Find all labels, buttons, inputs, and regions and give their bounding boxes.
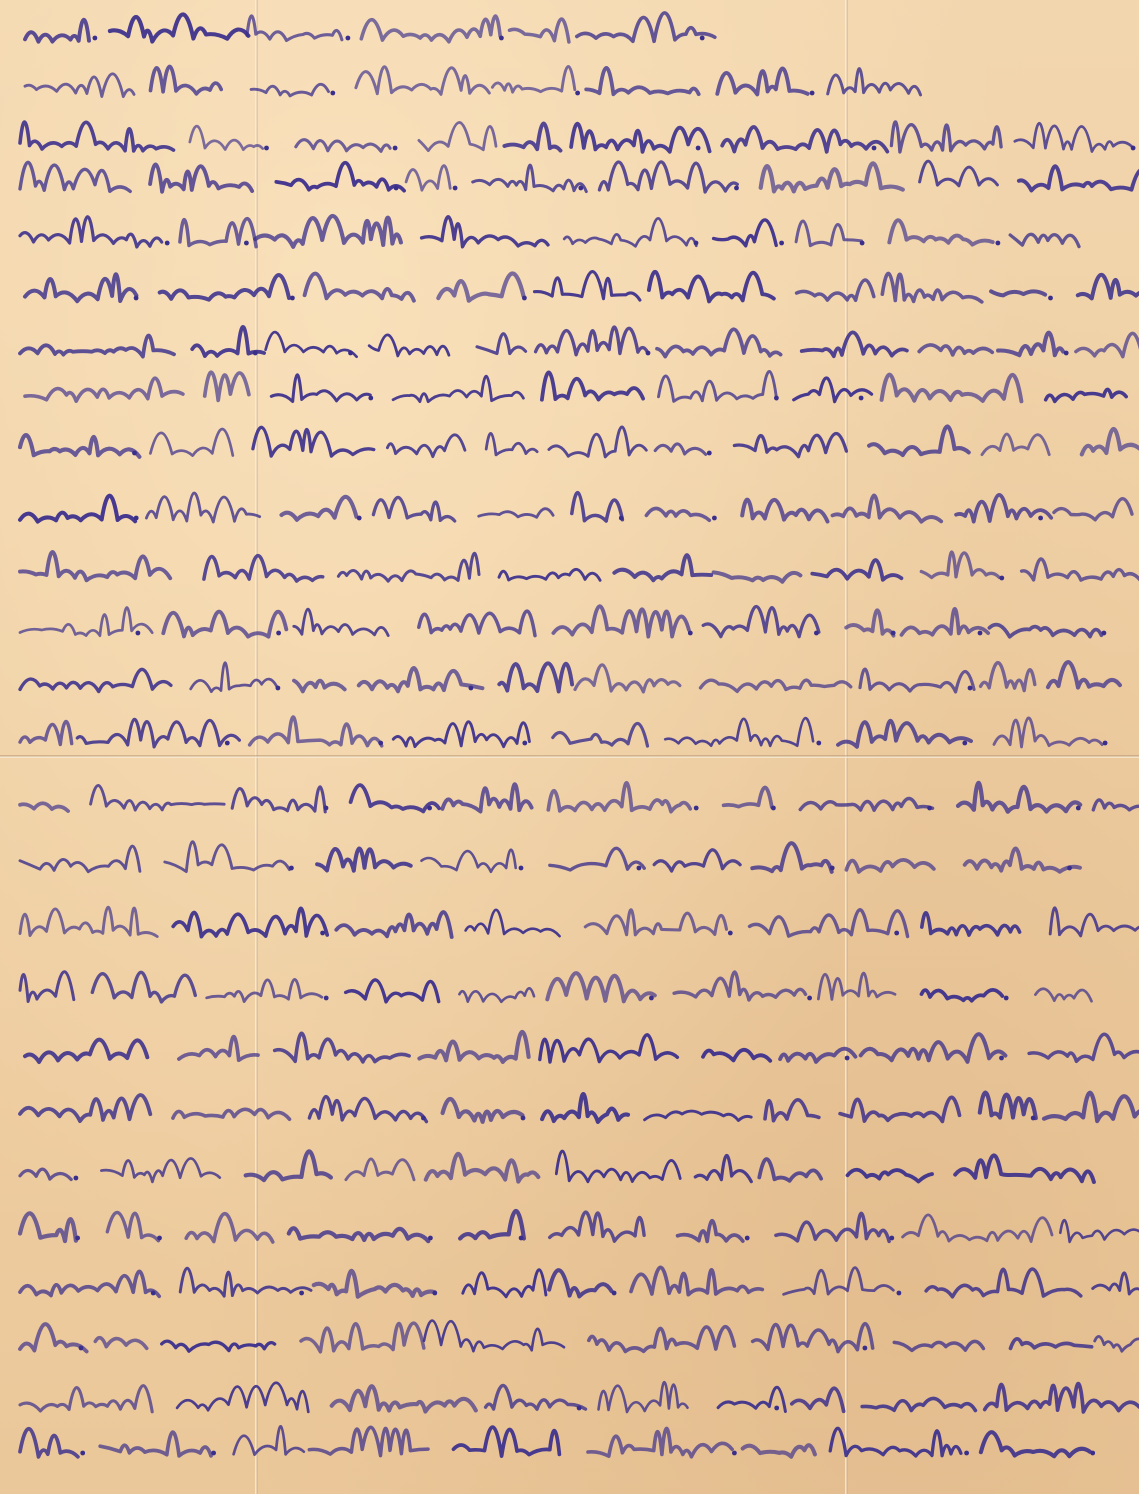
handwritten-line bbox=[20, 1426, 1095, 1457]
handwritten-line bbox=[25, 1032, 1139, 1062]
handwritten-line bbox=[20, 972, 1092, 1002]
handwritten-line bbox=[20, 552, 1139, 582]
handwritten-line bbox=[25, 371, 1126, 401]
handwritten-line bbox=[20, 426, 1139, 456]
handwritten-line bbox=[20, 216, 1079, 247]
handwriting-ink bbox=[0, 0, 1139, 1494]
handwritten-line bbox=[20, 783, 1139, 812]
handwritten-line bbox=[25, 66, 921, 96]
handwritten-line bbox=[20, 907, 1139, 937]
handwritten-line bbox=[25, 13, 715, 42]
handwritten-line bbox=[20, 606, 1106, 637]
handwritten-line bbox=[20, 717, 1108, 747]
handwritten-line bbox=[20, 1382, 1139, 1412]
handwritten-line bbox=[20, 1093, 1139, 1122]
handwritten-line bbox=[20, 161, 1139, 192]
handwritten-line bbox=[20, 1151, 1094, 1182]
handwritten-line bbox=[20, 662, 1120, 692]
handwritten-line bbox=[25, 272, 1139, 302]
handwritten-line bbox=[20, 1211, 1139, 1242]
handwritten-line bbox=[20, 327, 1139, 357]
handwritten-line bbox=[20, 1267, 1139, 1297]
letter-sheet: illegible cursive script (untranscribed) bbox=[0, 0, 1139, 1494]
handwritten-line bbox=[20, 842, 1080, 872]
handwritten-line bbox=[20, 1321, 1139, 1352]
handwritten-line bbox=[20, 122, 1136, 152]
handwritten-line bbox=[20, 493, 1132, 522]
